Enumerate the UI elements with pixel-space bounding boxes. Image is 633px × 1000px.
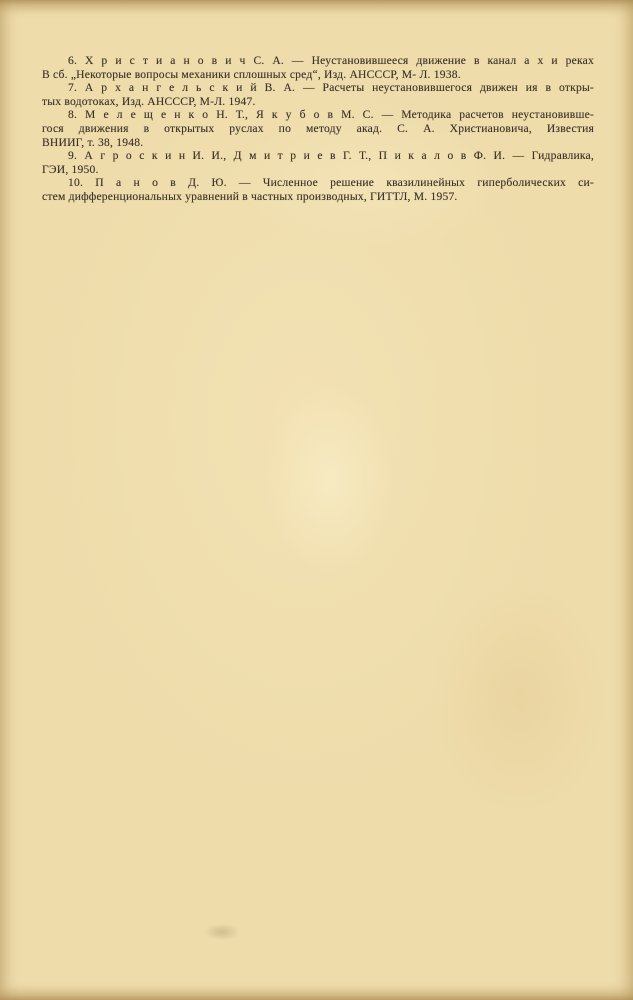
reference-entry-8: 8. М е л е щ е н к о Н. Т., Я к у б о в …: [42, 108, 594, 149]
reference-line: 6. Х р и с т и а н о в и ч С. А. — Неуст…: [42, 54, 594, 68]
reference-line: гося движения в открытых руслах по метод…: [42, 122, 594, 136]
reference-line: 8. М е л е щ е н к о Н. Т., Я к у б о в …: [42, 108, 594, 122]
reference-line: В сб. „Некоторые вопросы механики сплошн…: [42, 68, 594, 82]
reference-entry-10: 10. П а н о в Д. Ю. — Численное решение …: [42, 176, 594, 203]
reference-line: ГЭИ, 1950.: [42, 163, 594, 177]
reference-line: 10. П а н о в Д. Ю. — Численное решение …: [42, 176, 594, 190]
scanned-page: 6. Х р и с т и а н о в и ч С. А. — Неуст…: [0, 0, 633, 1000]
reference-line: 7. А р х а н г е л ь с к и й В. А. — Рас…: [42, 81, 594, 95]
reference-entry-9: 9. А г р о с к и н И. И., Д м и т р и е …: [42, 149, 594, 176]
reference-line: 9. А г р о с к и н И. И., Д м и т р и е …: [42, 149, 594, 163]
reference-entry-7: 7. А р х а н г е л ь с к и й В. А. — Рас…: [42, 81, 594, 108]
reference-line: тых водотоках, Изд. АНСССР, М-Л. 1947.: [42, 95, 594, 109]
reference-line: ВНИИГ, т. 38, 1948.: [42, 136, 594, 150]
reference-line: стем дифференциональных уравнений в част…: [42, 190, 594, 204]
reference-entry-6: 6. Х р и с т и а н о в и ч С. А. — Неуст…: [42, 54, 594, 81]
references-list: 6. Х р и с т и а н о в и ч С. А. — Неуст…: [42, 54, 594, 204]
